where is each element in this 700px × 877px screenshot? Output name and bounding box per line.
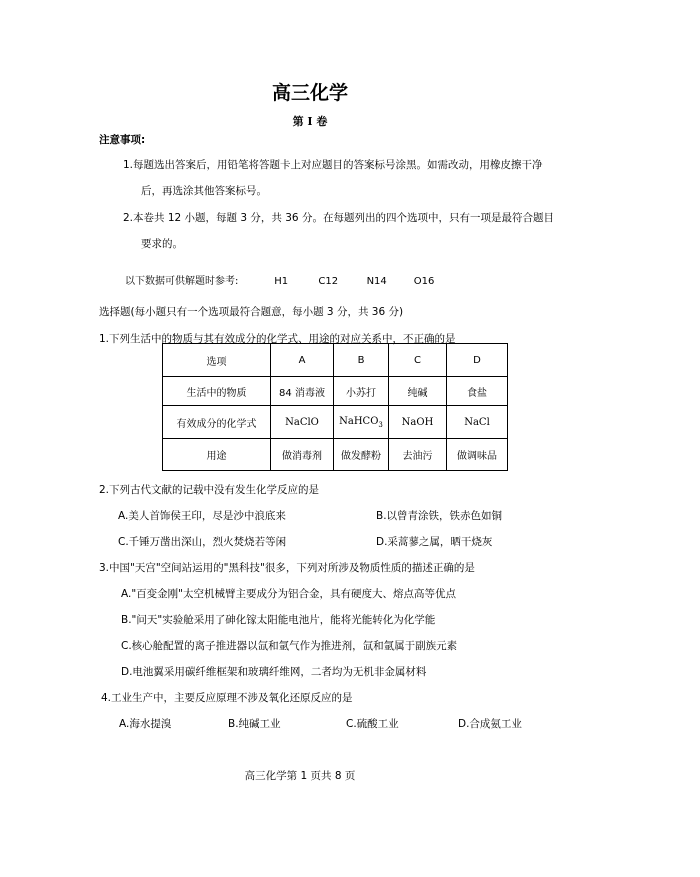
question-3-option-d: D.电池翼采用碳纤维框架和玻璃纤维网，二者均为无机非金属材料 [121, 664, 426, 679]
reference-n: N14 [367, 276, 411, 287]
question-4-option-d: D.合成氨工业 [458, 716, 522, 731]
question-2-stem: 2.下列古代文献的记载中没有发生化学反应的是 [99, 482, 319, 497]
table-row: 生活中的物质 84 消毒液 小苏打 纯碱 食盐 [163, 377, 508, 406]
note-2-line-1: 2.本卷共 12 小题，每题 3 分，共 36 分。在每题列出的四个选项中，只有… [123, 210, 554, 225]
formula-subscript: 3 [378, 421, 382, 429]
question-4-stem: 4.工业生产中，主要反应原理不涉及氧化还原反应的是 [101, 690, 353, 705]
table-header-cell: 选项 [163, 344, 271, 377]
question-2-option-b: B.以曾青涂铁，铁赤色如铜 [376, 508, 502, 523]
table-cell: 食盐 [447, 377, 508, 406]
table-header-cell: C [389, 344, 447, 377]
table-cell: 有效成分的化学式 [163, 406, 271, 439]
reference-h: H1 [274, 276, 315, 287]
question-2-option-c: C.千锤万凿出深山，烈火焚烧若等闲 [118, 534, 286, 549]
table-cell: 84 消毒液 [271, 377, 334, 406]
table-header-cell: B [334, 344, 389, 377]
question-3-option-c: C.核心舱配置的离子推进器以氙和氩气作为推进剂，氙和氩属于副族元素 [121, 638, 457, 653]
formula-nahco3: NaHCO [339, 416, 378, 427]
table-cell: 做消毒剂 [271, 439, 334, 471]
question-2-option-a: A.美人首饰侯王印，尽是沙中浪底来 [118, 508, 286, 523]
table-cell: NaHCO3 [334, 406, 389, 439]
page-footer: 高三化学第 1 页共 8 页 [0, 768, 600, 783]
section-heading: 选择题(每小题只有一个选项最符合题意，每小题 3 分，共 36 分) [99, 304, 403, 319]
question-3-option-b: B."问天"实验舱采用了砷化镓太阳能电池片，能将光能转化为化学能 [121, 612, 435, 627]
table-cell: 用途 [163, 439, 271, 471]
reference-o: O16 [414, 276, 435, 287]
reference-label: 以下数据可供解题时参考: [125, 272, 271, 287]
question-3-option-a: A."百变金刚"太空机械臂主要成分为铝合金，具有硬度大、熔点高等优点 [121, 586, 456, 601]
table-cell: 生活中的物质 [163, 377, 271, 406]
question-3-stem: 3.中国"天宫"空间站运用的"黑科技"很多，下列对所涉及物质性质的描述正确的是 [99, 560, 475, 575]
notes-heading: 注意事项: [99, 132, 145, 147]
reference-c: C12 [318, 276, 363, 287]
table-header-cell: D [447, 344, 508, 377]
note-2-line-2: 要求的。 [141, 236, 183, 251]
section-title: 第 I 卷 [0, 113, 620, 129]
page-title: 高三化学 [0, 78, 620, 105]
question-4-option-b: B.纯碱工业 [228, 716, 281, 731]
note-1-line-1: 1.每题选出答案后，用铅笔将答题卡上对应题目的答案标号涂黑。如需改动，用橡皮擦干… [123, 157, 543, 172]
table-cell: 去油污 [389, 439, 447, 471]
table-cell: 小苏打 [334, 377, 389, 406]
table-cell: NaOH [389, 406, 447, 439]
table-row: 用途 做消毒剂 做发酵粉 去油污 做调味品 [163, 439, 508, 471]
question-1-table: 选项 A B C D 生活中的物质 84 消毒液 小苏打 纯碱 食盐 有效成分的… [162, 343, 508, 471]
table-cell: NaCl [447, 406, 508, 439]
table-row: 选项 A B C D [163, 344, 508, 377]
question-4-option-c: C.硫酸工业 [346, 716, 399, 731]
table-header-cell: A [271, 344, 334, 377]
table-cell: 做发酵粉 [334, 439, 389, 471]
note-1-line-2: 后，再选涂其他答案标号。 [141, 183, 267, 198]
reference-data: 以下数据可供解题时参考: H1 C12 N14 O16 [125, 272, 434, 287]
table-cell: NaClO [271, 406, 334, 439]
question-4-option-a: A.海水提溴 [119, 716, 171, 731]
table-cell: 做调味品 [447, 439, 508, 471]
table-row: 有效成分的化学式 NaClO NaHCO3 NaOH NaCl [163, 406, 508, 439]
question-2-option-d: D.采蒿蓼之属，晒干烧灰 [376, 534, 492, 549]
table-cell: 纯碱 [389, 377, 447, 406]
